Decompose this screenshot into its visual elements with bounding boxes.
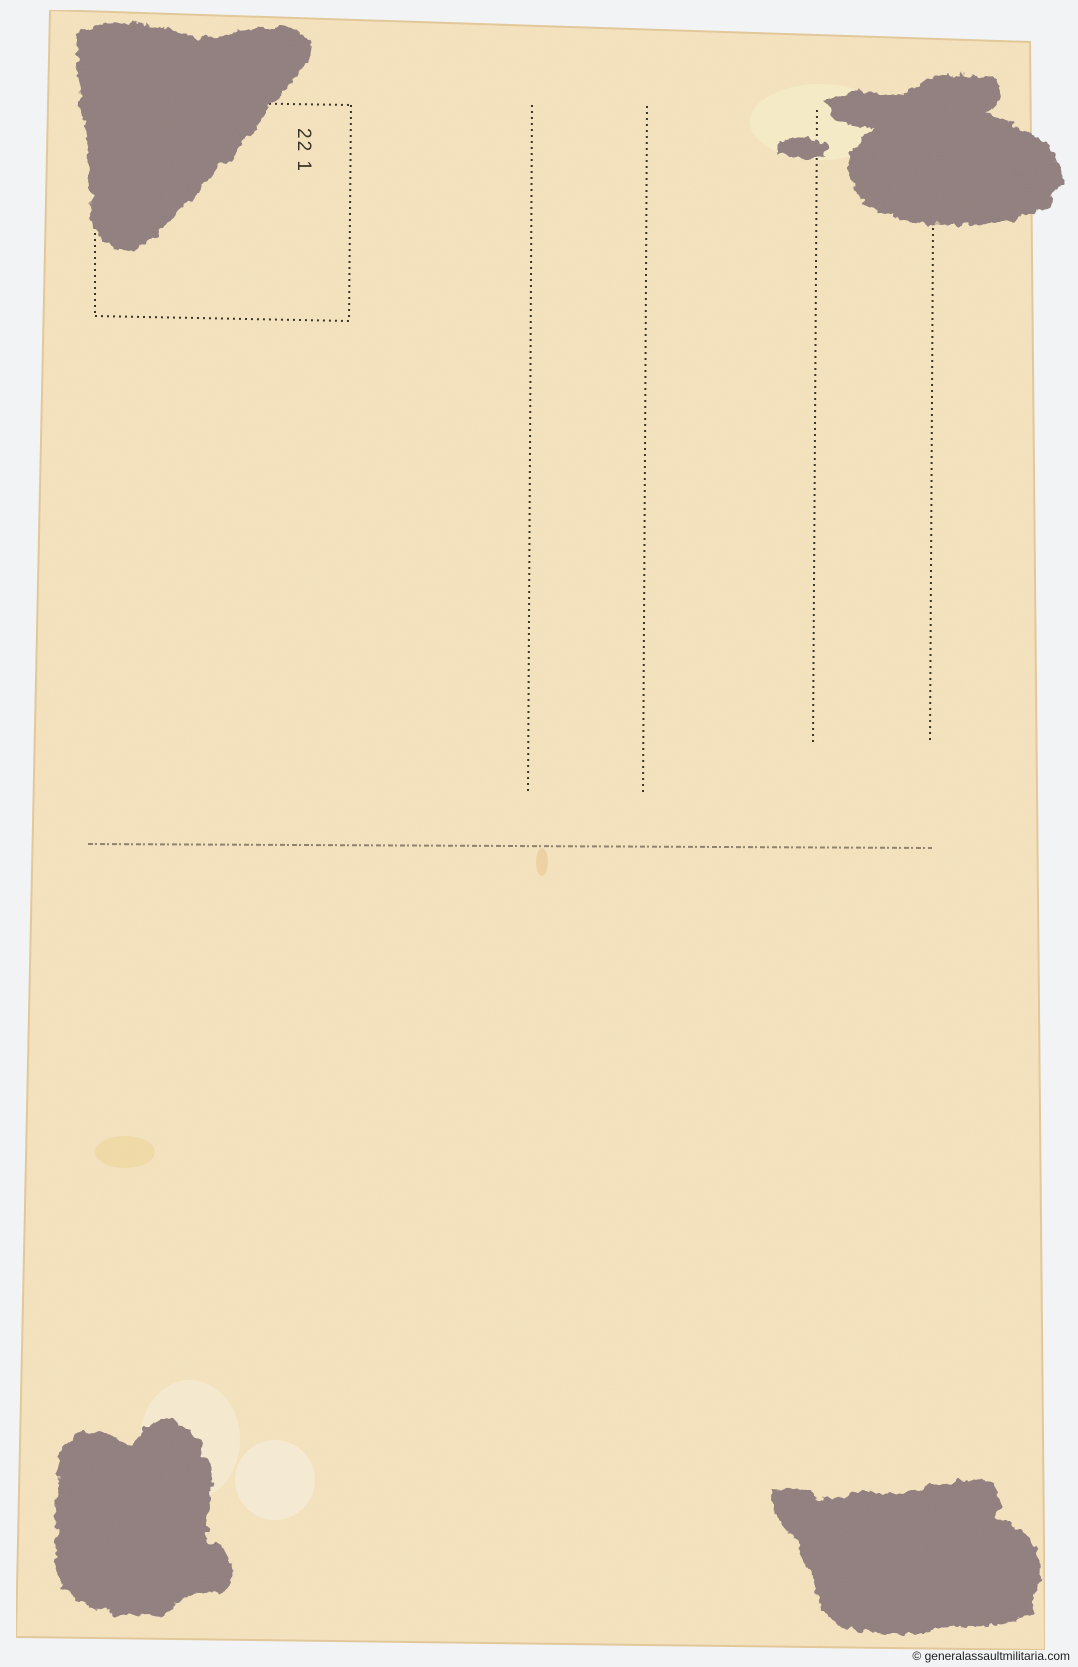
- stain: [536, 848, 548, 876]
- postcard-scan: 22 1 © generalassaultmilitaria.com: [0, 0, 1078, 1667]
- stain: [95, 1136, 155, 1168]
- postcard-back: [0, 0, 1078, 1667]
- stain: [235, 1440, 315, 1520]
- stamp-box-number: 22 1: [292, 128, 314, 173]
- copyright-watermark: © generalassaultmilitaria.com: [912, 1649, 1070, 1663]
